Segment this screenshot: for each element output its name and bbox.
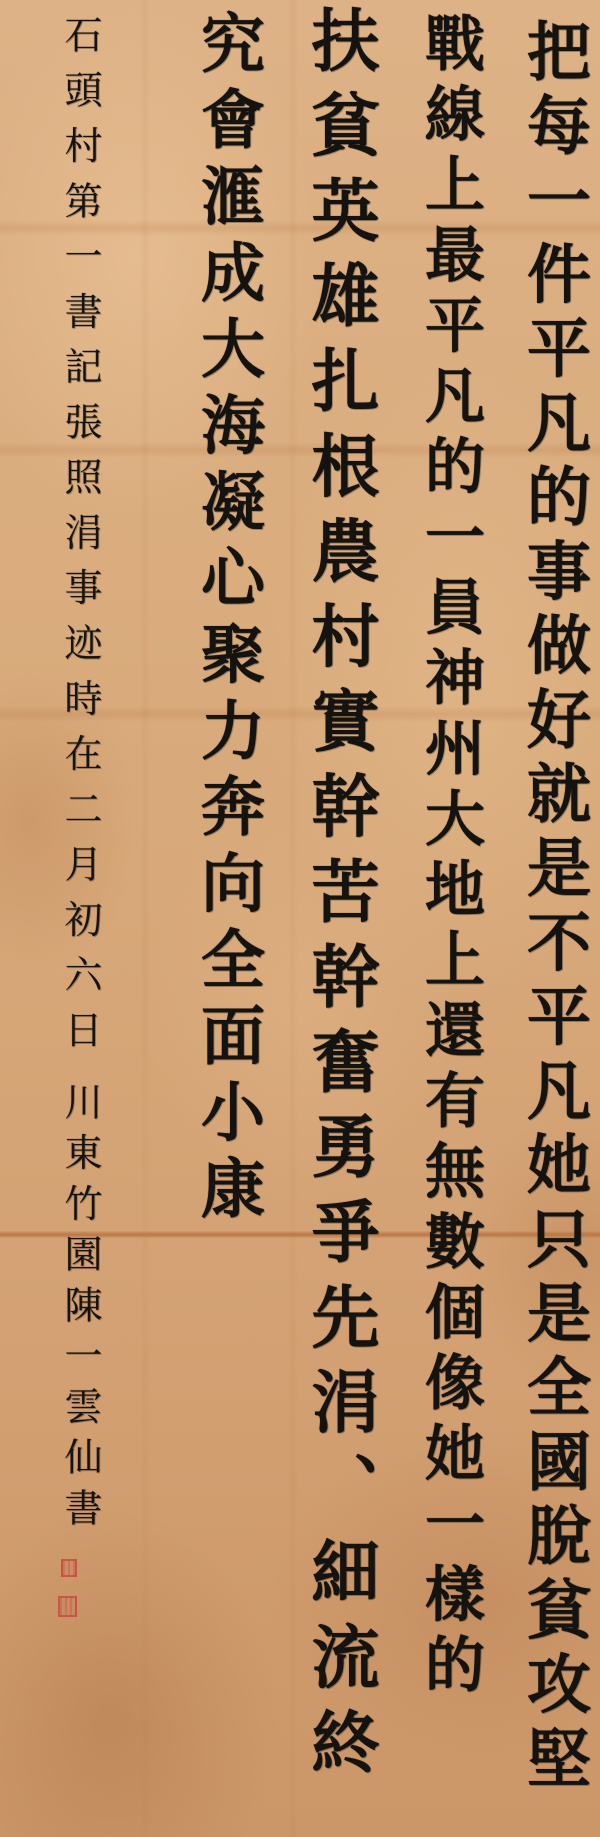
vertical-fold-crease bbox=[288, 0, 298, 1837]
vertical-fold-crease bbox=[140, 0, 150, 1837]
red-seal-stamp-icon bbox=[61, 1559, 77, 1577]
inscription-signature: 川東竹園陳一雲仙書 bbox=[61, 1082, 99, 1537]
calligraphy-scroll: 把每一件平凡的事做好就是不平凡她只是全國脫貧攻堅 戰線上最平凡的一員神州大地上還… bbox=[0, 0, 600, 1837]
text-column-4: 究會滙成大海凝心聚力奔向全面小康 bbox=[195, 10, 259, 1230]
text-column-2: 戰線上最平凡的一員神州大地上還有無數個像她一樣的 bbox=[420, 12, 480, 1702]
text-column-3: 扶貧英雄扎根農村實幹苦幹奮勇爭先涓、細流終 bbox=[306, 5, 374, 1790]
inscription-dedication: 石頭村第一書記張照涓事迹時在二月初六日 bbox=[61, 15, 99, 1063]
text-column-1: 把每一件平凡的事做好就是不平凡她只是全國脫貧攻堅 bbox=[521, 18, 585, 1798]
red-seal-stamp-icon bbox=[58, 1596, 77, 1617]
